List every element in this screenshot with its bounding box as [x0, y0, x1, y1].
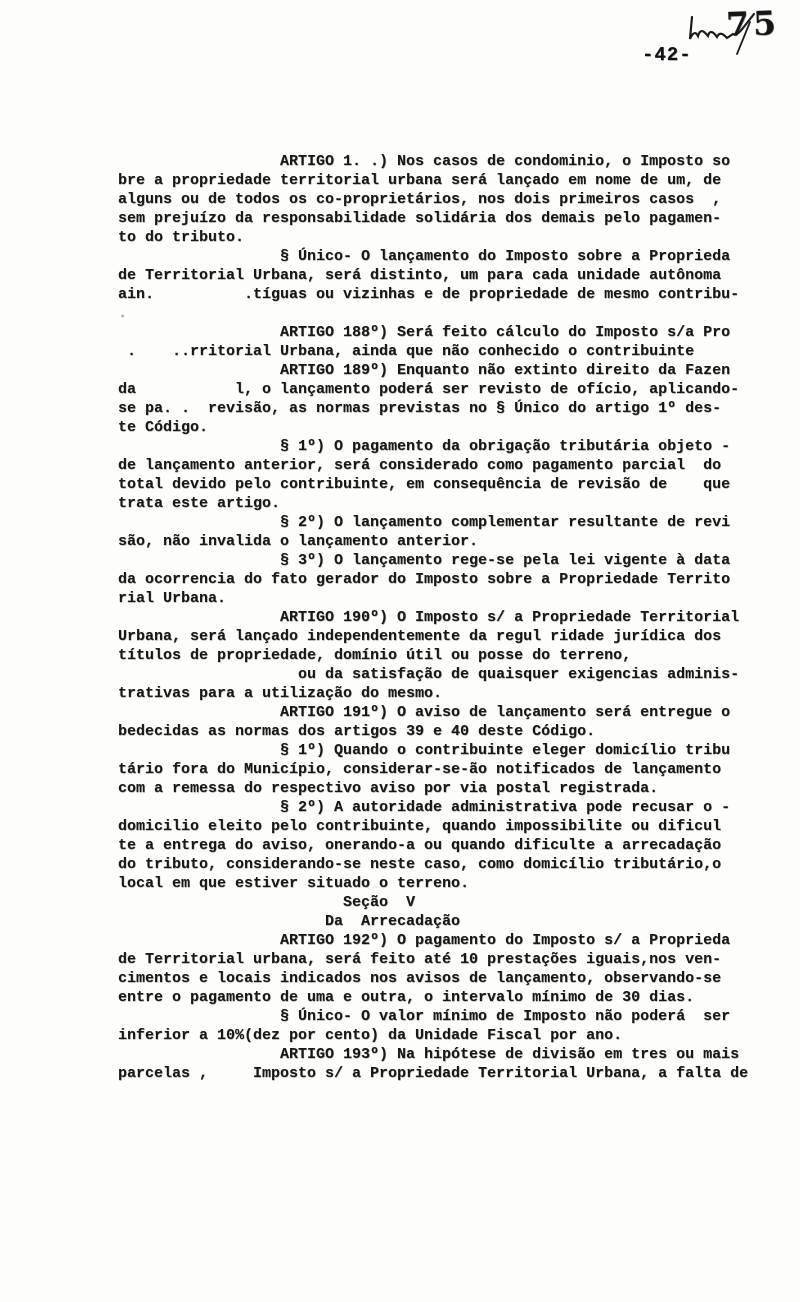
text-line: entre o pagamento de uma e outra, o inte…: [118, 988, 748, 1007]
text-line: trata este artigo.: [118, 494, 748, 513]
text-line: ARTIGO 192º) O pagamento do Imposto s/ a…: [118, 931, 748, 950]
text-line: ARTIGO 1. .) Nos casos de condominio, o …: [118, 152, 748, 171]
text-line: da l, o lançamento poderá ser revisto de…: [118, 380, 748, 399]
text-line: domicilio eleito pelo contribuinte, quan…: [118, 817, 748, 836]
text-line: bre a propriedade territorial urbana ser…: [118, 171, 748, 190]
text-line: local em que estiver situado o terreno.: [118, 874, 748, 893]
text-line: te a entrega do aviso, onerando-a ou qua…: [118, 836, 748, 855]
text-line: . ..rritorial Urbana, ainda que não conh…: [118, 342, 748, 361]
text-line: te Código.: [118, 418, 748, 437]
text-line: parcelas , Imposto s/ a Propriedade Terr…: [118, 1064, 748, 1083]
text-line: to do tributo.: [118, 228, 748, 247]
text-line: ARTIGO 188º) Será feito cálculo do Impos…: [118, 323, 748, 342]
text-line: .: [118, 304, 748, 323]
text-line: ARTIGO 189º) Enquanto não extinto direit…: [118, 361, 748, 380]
text-line: sem prejuízo da responsabilidade solidár…: [118, 209, 748, 228]
text-line: da ocorrencia do fato gerador do Imposto…: [118, 570, 748, 589]
handwritten-page-mark: 75: [725, 3, 780, 44]
text-line: Urbana, será lançado independentemente d…: [118, 627, 748, 646]
text-line: de lançamento anterior, será considerado…: [118, 456, 748, 475]
text-line: trativas para a utilização do mesmo.: [118, 684, 748, 703]
text-line: § Único- O lançamento do Imposto sobre a…: [118, 247, 748, 266]
text-block: ARTIGO 1. .) Nos casos de condominio, o …: [118, 152, 748, 1083]
text-line: inferior a 10%(dez por cento) da Unidade…: [118, 1026, 748, 1045]
text-line: são, não invalida o lançamento anterior.: [118, 532, 748, 551]
text-line: Seção V: [118, 893, 748, 912]
text-line: bedecidas as normas dos artigos 39 e 40 …: [118, 722, 748, 741]
scanned-document-page: 75 -42- ARTIGO 1. .) Nos casos de condom…: [0, 0, 800, 1302]
text-line: alguns ou de todos os co-proprietários, …: [118, 190, 748, 209]
text-line: § 2º) O lançamento complementar resultan…: [118, 513, 748, 532]
text-line: § 1º) Quando o contribuinte eleger domic…: [118, 741, 748, 760]
text-line: ain. .tíguas ou vizinhas e de propriedad…: [118, 285, 748, 304]
text-line: ARTIGO 191º) O aviso de lançamento será …: [118, 703, 748, 722]
text-line: do tributo, considerando-se neste caso, …: [118, 855, 748, 874]
text-line: tário fora do Município, considerar-se-ã…: [118, 760, 748, 779]
text-line: Da Arrecadação: [118, 912, 748, 931]
text-line: total devido pelo contribuinte, em conse…: [118, 475, 748, 494]
text-line: de Territorial urbana, será feito até 10…: [118, 950, 748, 969]
text-line: de Territorial Urbana, será distinto, um…: [118, 266, 748, 285]
text-line: ou da satisfação de quaisquer exigencias…: [118, 665, 748, 684]
text-line: títulos de propriedade, domínio útil ou …: [118, 646, 748, 665]
text-line: ARTIGO 193º) Na hipótese de divisão em t…: [118, 1045, 748, 1064]
text-line: ARTIGO 190º) O Imposto s/ a Propriedade …: [118, 608, 748, 627]
page-number: -42-: [642, 44, 692, 66]
text-line: § 3º) O lançamento rege-se pela lei vige…: [118, 551, 748, 570]
text-line: se pa. . revisão, as normas previstas no…: [118, 399, 748, 418]
text-line: § Único- O valor mínimo de Imposto não p…: [118, 1007, 748, 1026]
text-line: com a remessa do respectivo aviso por vi…: [118, 779, 748, 798]
text-line: rial Urbana.: [118, 589, 748, 608]
text-line: § 2º) A autoridade administrativa pode r…: [118, 798, 748, 817]
text-line: § 1º) O pagamento da obrigação tributári…: [118, 437, 748, 456]
text-line: cimentos e locais indicados nos avisos d…: [118, 969, 748, 988]
